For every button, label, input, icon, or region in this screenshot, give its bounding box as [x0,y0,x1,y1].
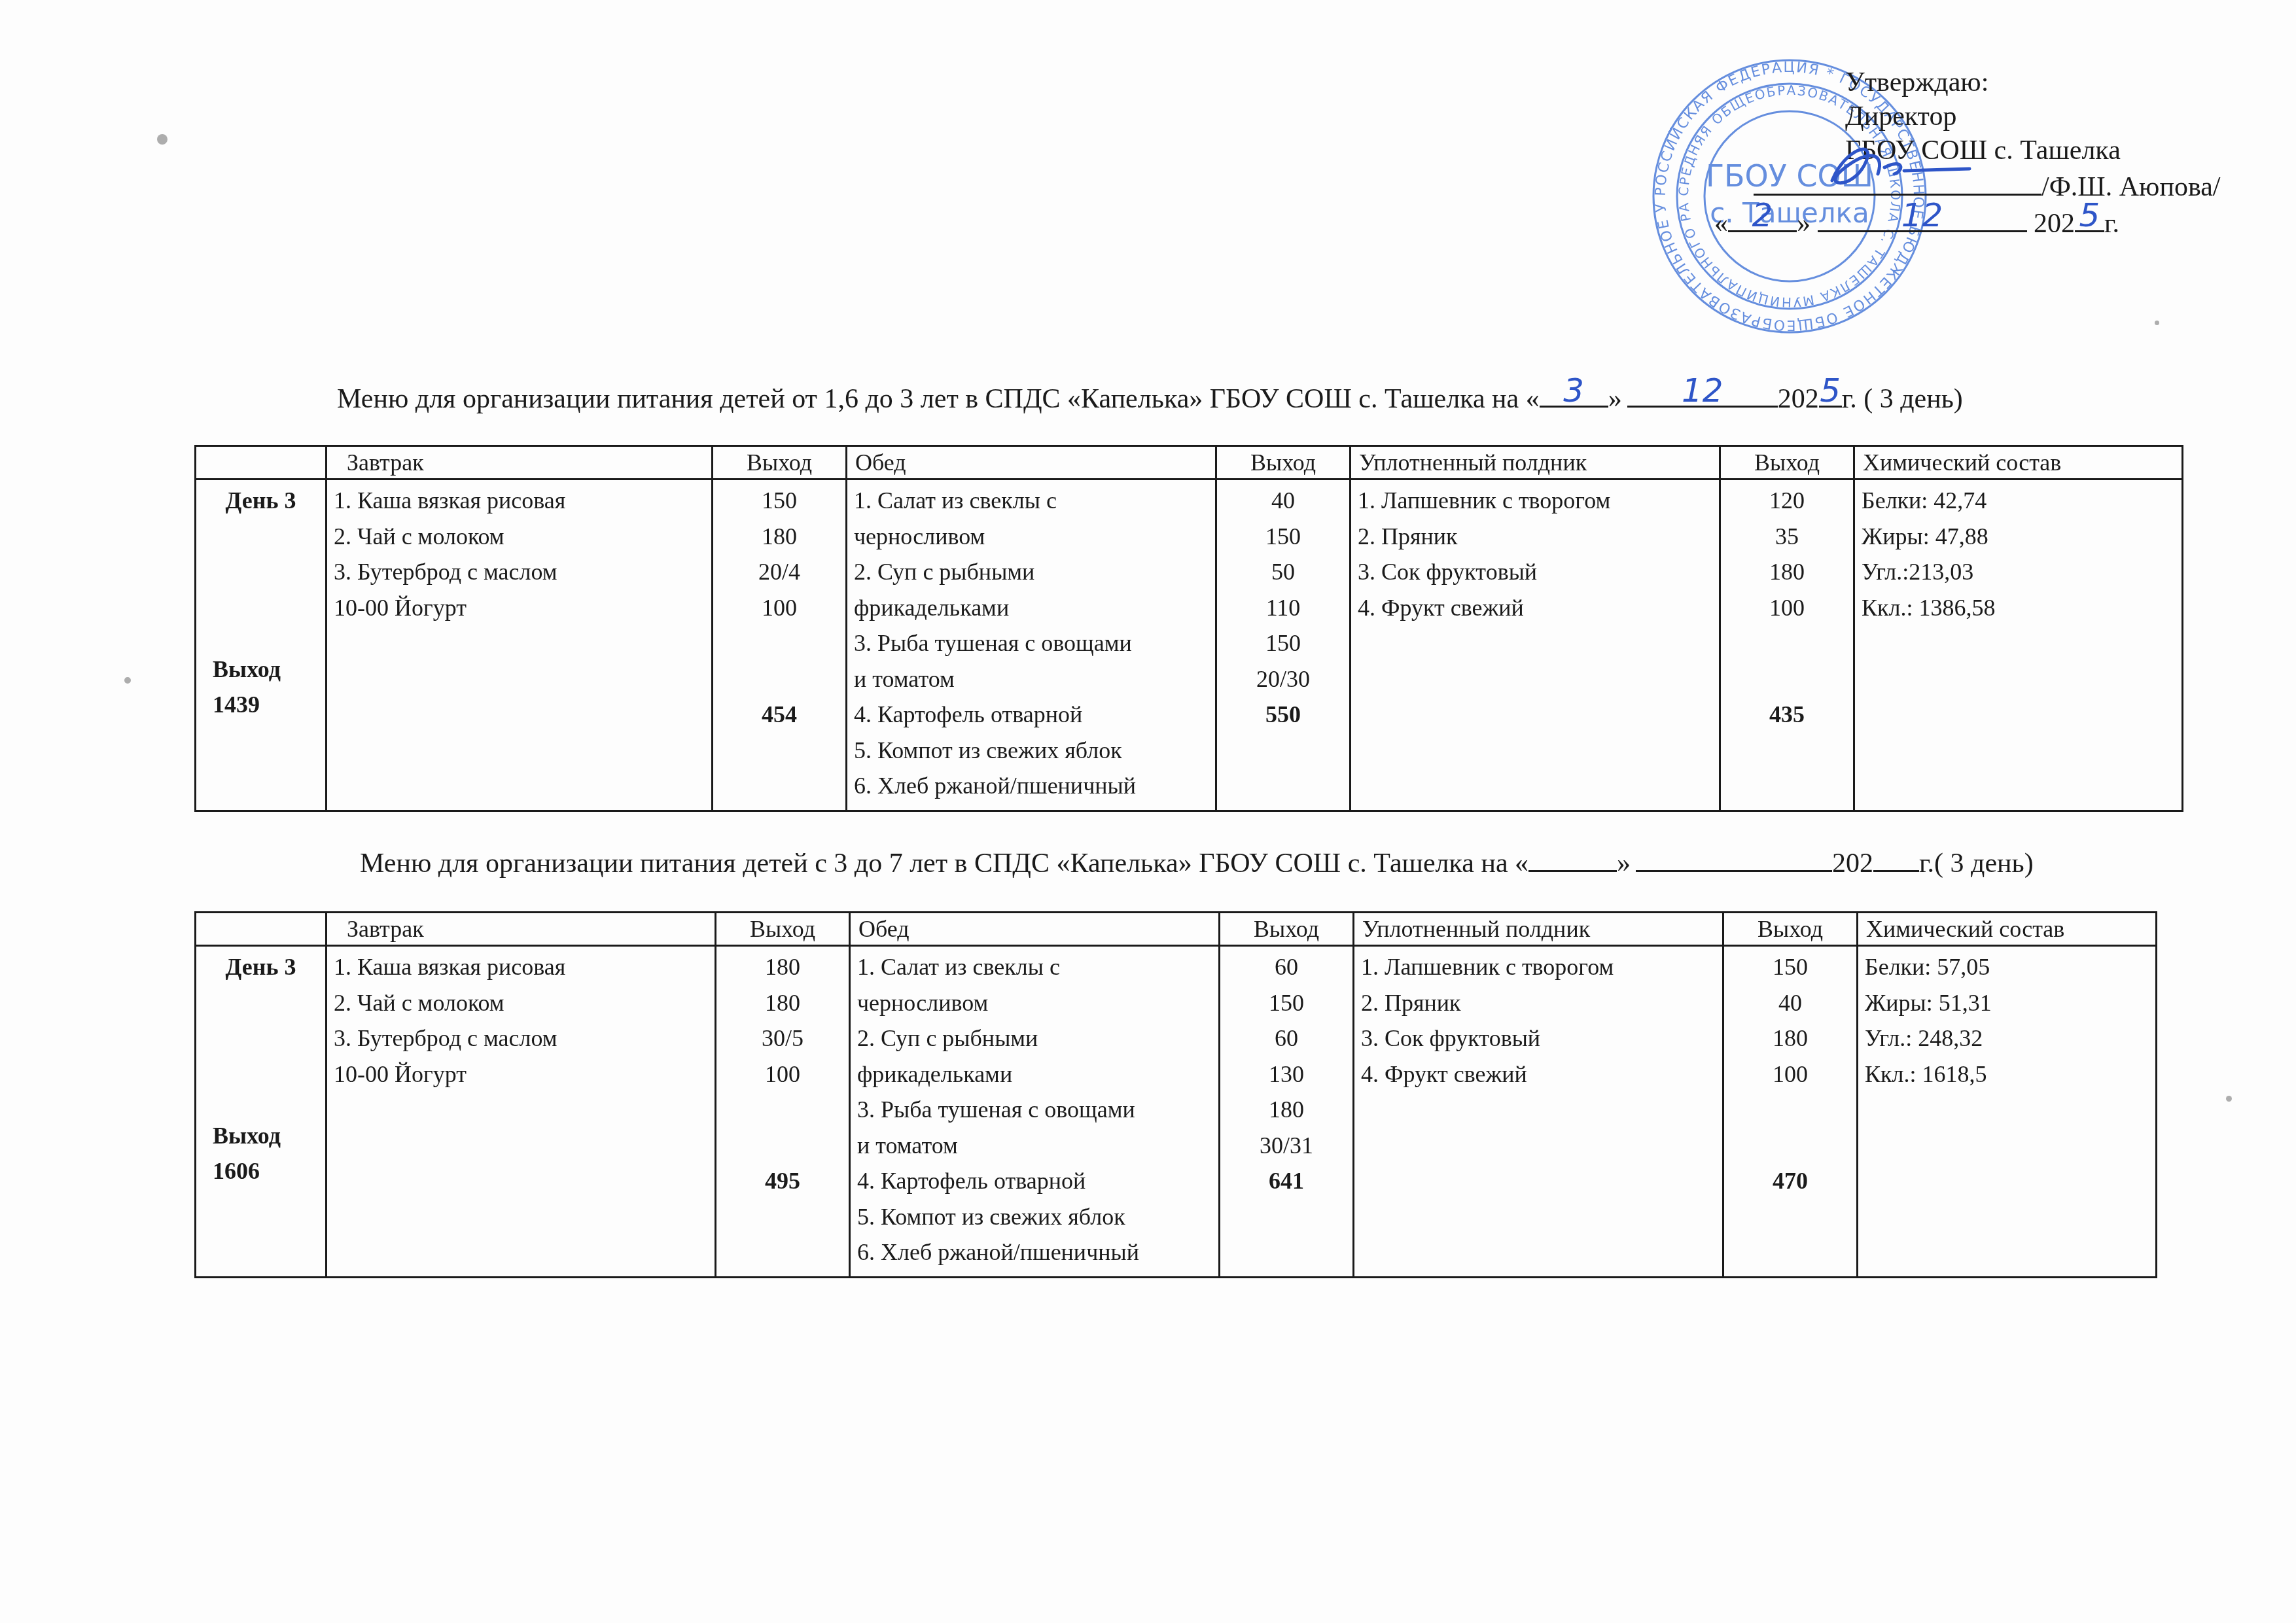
lunch-out-list: 401505011015020/30550 [1216,480,1351,811]
list-item: 180 [1727,554,1846,590]
list-item [723,1092,842,1128]
list-item: 3. Рыба тушеная с овощами [854,625,1209,661]
list-item: 3. Бутерброд с маслом [334,1021,708,1056]
list-item: Жиры: 47,88 [1862,519,2175,555]
breakfast-list: 1. Каша вязкая рисовая2. Чай с молоком3.… [327,480,713,811]
menu1-year-blank: 5 [1819,379,1842,408]
day-label: День 3 [203,949,319,985]
date-month-handwritten: 12 [1818,199,2027,232]
list-item: 150 [1224,519,1343,555]
list-item: 1. Салат из свеклы с [857,949,1212,985]
list-item: 35 [1727,519,1846,555]
breakfast-out-list: 15018020/4100 454 [713,480,847,811]
snack-list: 1. Лапшевник с творогом2. Пряник3. Сок ф… [1354,946,1723,1278]
table-header-row: Завтрак Выход Обед Выход Уплотненный пол… [196,446,2183,480]
header-breakfast-out: Выход [716,913,850,946]
approval-position: Директор [1845,99,2221,133]
list-item: 150 [1224,625,1343,661]
list-item: 40 [1224,483,1343,519]
list-item: 2. Чай с молоком [334,985,708,1021]
header-chem: Химический состав [1854,446,2183,480]
header-snack: Уплотненный полдник [1351,446,1720,480]
list-item: 2. Пряник [1358,519,1712,555]
day-total: Выход 1606 [213,1118,281,1189]
list-item [723,1128,842,1164]
snack-out-list: 15040180100 470 [1723,946,1858,1278]
list-item: Ккл.: 1618,5 [1865,1056,2149,1092]
chem-list: Белки: 42,74Жиры: 47,88Угл.:213,03Ккл.: … [1854,480,2183,811]
header-lunch-out: Выход [1216,446,1351,480]
list-item: 6. Хлеб ржаной/пшеничный [857,1234,1212,1270]
breakfast-out-list: 18018030/5100 495 [716,946,850,1278]
table-row: День 3 Выход 1606 1. Каша вязкая рисовая… [196,946,2157,1278]
list-item: 100 [720,590,839,626]
scan-speck [2226,1096,2232,1102]
section-total: 550 [1224,697,1343,733]
list-item: Белки: 42,74 [1862,483,2175,519]
menu-table-1: Завтрак Выход Обед Выход Уплотненный пол… [194,445,2183,812]
list-item: 180 [1731,1021,1850,1056]
list-item: 1. Лапшевник с творогом [1358,483,1712,519]
list-item: черносливом [857,985,1212,1021]
snack-list: 1. Лапшевник с творогом2. Пряник3. Сок ф… [1351,480,1720,811]
header-breakfast: Завтрак [327,446,713,480]
list-item: и томатом [857,1128,1212,1164]
scan-speck [2155,321,2159,325]
day-label: День 3 [203,483,319,518]
list-item: 50 [1224,554,1343,590]
header-breakfast: Завтрак [327,913,716,946]
list-item [1727,625,1846,661]
section-total: 470 [1731,1163,1850,1199]
list-item: и томатом [854,661,1209,697]
breakfast-list: 1. Каша вязкая рисовая2. Чай с молоком3.… [327,946,716,1278]
list-item [1731,1092,1850,1128]
section-total: 435 [1727,697,1846,733]
header-lunch: Обед [850,913,1220,946]
lunch-out-list: 601506013018030/31641 [1220,946,1354,1278]
section-total: 641 [1227,1163,1346,1199]
approval-heading: Утверждаю: [1845,65,2221,99]
list-item: 100 [1727,590,1846,626]
list-item: 150 [1227,985,1346,1021]
list-item: 60 [1227,1021,1346,1056]
list-item: 180 [723,985,842,1021]
header-blank [196,446,327,480]
list-item: 6. Хлеб ржаной/пшеничный [854,768,1209,804]
table-row: День 3 Выход 1439 1. Каша вязкая рисовая… [196,480,2183,811]
chem-list: Белки: 57,05Жиры: 51,31Угл.: 248,32Ккл.:… [1858,946,2157,1278]
list-item: Белки: 57,05 [1865,949,2149,985]
list-item: 180 [1227,1092,1346,1128]
menu1-day-blank: 3 [1540,379,1608,408]
list-item: 10-00 Йогурт [334,590,705,626]
list-item: 150 [720,483,839,519]
header-lunch: Обед [847,446,1216,480]
list-item: фрикадельками [857,1056,1212,1092]
date-day-handwritten: 2 [1728,199,1797,232]
list-item: 30/31 [1227,1128,1346,1164]
menu-title-2: Меню для организации питания детей с 3 д… [360,844,2034,880]
signature-blank [1754,167,2041,196]
list-item [1727,661,1846,697]
list-item: 20/30 [1224,661,1343,697]
list-item [720,661,839,697]
day-cell: День 3 Выход 1606 [196,946,327,1278]
day-total: Выход 1439 [213,652,281,722]
date-month-blank: 12 [1818,204,2027,232]
snack-out-list: 12035180100 435 [1720,480,1854,811]
menu2-year-blank [1873,844,1919,872]
list-item: 180 [720,519,839,555]
list-item: фрикадельками [854,590,1209,626]
list-item: 1. Лапшевник с творогом [1361,949,1716,985]
table-header-row: Завтрак Выход Обед Выход Уплотненный пол… [196,913,2157,946]
list-item: 130 [1227,1056,1346,1092]
list-item: 40 [1731,985,1850,1021]
list-item [1731,1128,1850,1164]
list-item: 2. Чай с молоком [334,519,705,555]
list-item: Ккл.: 1386,58 [1862,590,2175,626]
list-item: 4. Фрукт свежий [1358,590,1712,626]
list-item: Угл.: 248,32 [1865,1021,2149,1056]
list-item: 3. Бутерброд с маслом [334,554,705,590]
header-snack-out: Выход [1720,446,1854,480]
list-item: 3. Сок фруктовый [1358,554,1712,590]
header-breakfast-out: Выход [713,446,847,480]
list-item: 4. Фрукт свежий [1361,1056,1716,1092]
day-cell: День 3 Выход 1439 [196,480,327,811]
header-snack: Уплотненный полдник [1354,913,1723,946]
header-snack-out: Выход [1723,913,1858,946]
menu2-day-blank [1528,844,1617,872]
list-item: 2. Пряник [1361,985,1716,1021]
section-total: 495 [723,1163,842,1199]
approval-block: Утверждаю: Директор ГБОУ СОШ с. Ташелка … [1845,65,2221,241]
header-lunch-out: Выход [1220,913,1354,946]
header-blank [196,913,327,946]
list-item: 3. Сок фруктовый [1361,1021,1716,1056]
approval-date: «2» 12 2025г. [1714,204,2221,241]
list-item: 10-00 Йогурт [334,1056,708,1092]
list-item: 2. Суп с рыбными [857,1021,1212,1056]
list-item: Жиры: 51,31 [1865,985,2149,1021]
header-chem: Химический состав [1858,913,2157,946]
scan-speck [124,677,131,684]
menu1-month-blank: 12 [1627,379,1778,408]
list-item: 150 [1731,949,1850,985]
section-total: 454 [720,697,839,733]
date-year-blank: 5 [2075,204,2104,232]
signature-name: /Ф.Ш. Аюпова/ [2041,172,2221,202]
lunch-list: 1. Салат из свеклы счерносливом2. Суп с … [847,480,1216,811]
list-item: 4. Картофель отварной [854,697,1209,733]
list-item: 100 [1731,1056,1850,1092]
menu-title-1: Меню для организации питания детей от 1,… [337,379,1963,415]
list-item: 1. Салат из свеклы с [854,483,1209,519]
list-item: 100 [723,1056,842,1092]
list-item: 60 [1227,949,1346,985]
list-item: черносливом [854,519,1209,555]
list-item: 3. Рыба тушеная с овощами [857,1092,1212,1128]
date-year-handwritten: 5 [2075,199,2104,232]
list-item: 1. Каша вязкая рисовая [334,949,708,985]
list-item: 120 [1727,483,1846,519]
list-item: 180 [723,949,842,985]
list-item: 5. Компот из свежих яблок [857,1199,1212,1235]
lunch-list: 1. Салат из свеклы счерносливом2. Суп с … [850,946,1220,1278]
list-item: Угл.:213,03 [1862,554,2175,590]
menu-table-2: Завтрак Выход Обед Выход Уплотненный пол… [194,911,2157,1278]
list-item: 4. Картофель отварной [857,1163,1212,1199]
menu2-month-blank [1636,844,1832,872]
list-item [720,625,839,661]
date-day-blank: 2 [1728,204,1797,232]
list-item: 5. Компот из свежих яблок [854,733,1209,769]
scan-speck [157,134,168,145]
list-item: 2. Суп с рыбными [854,554,1209,590]
list-item: 1. Каша вязкая рисовая [334,483,705,519]
list-item: 30/5 [723,1021,842,1056]
signature-icon [1806,135,1976,194]
list-item: 110 [1224,590,1343,626]
list-item: 20/4 [720,554,839,590]
